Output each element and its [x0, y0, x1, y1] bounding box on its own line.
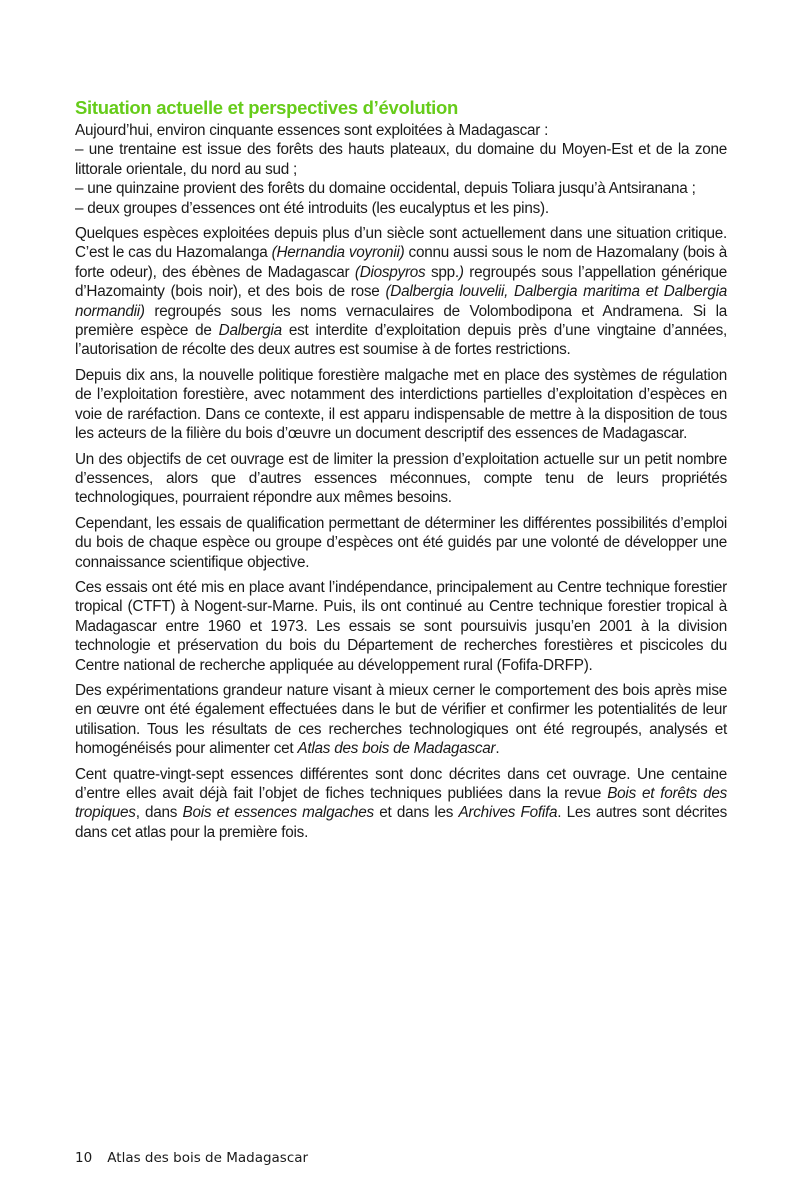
paragraph-policy: Depuis dix ans, la nouvelle politique fo…	[75, 366, 727, 444]
section-heading: Situation actuelle et perspectives d’évo…	[75, 96, 727, 119]
species-name: (Hernandia voyronii)	[272, 244, 405, 261]
intro-list-item: – deux groupes d’essences ont été introd…	[75, 199, 727, 218]
intro-list-item: – une quinzaine provient des forêts du d…	[75, 179, 727, 198]
page-body: Situation actuelle et perspectives d’évo…	[75, 96, 727, 848]
publication-title: Archives Fofifa	[458, 804, 557, 821]
paragraph-qualification: Cependant, les essais de qualification p…	[75, 514, 727, 572]
text: et dans les	[374, 804, 459, 821]
paragraph-critical-species: Quelques espèces exploitées depuis plus …	[75, 224, 727, 360]
text: , dans	[136, 804, 183, 821]
running-title: Atlas des bois de Madagascar	[107, 1150, 308, 1166]
publication-title: Bois et essences malgaches	[183, 804, 374, 821]
text: .	[495, 740, 499, 757]
text: spp.	[425, 264, 458, 281]
species-name: (Diospyros	[355, 264, 426, 281]
species-name: Dalbergia	[219, 322, 282, 339]
paragraph-species-count: Cent quatre-vingt-sept essences différen…	[75, 765, 727, 843]
book-title: Atlas des bois de Madagascar	[297, 740, 495, 757]
page-number: 10	[75, 1150, 103, 1166]
paragraph-objectives: Un des objectifs de cet ouvrage est de l…	[75, 450, 727, 508]
intro-line: Aujourd’hui, environ cinquante essences …	[75, 121, 727, 140]
paragraph-experiments: Des expérimentations grandeur nature vis…	[75, 681, 727, 759]
paragraph-history: Ces essais ont été mis en place avant l’…	[75, 578, 727, 675]
intro-list-item: – une trentaine est issue des forêts des…	[75, 140, 727, 179]
page-footer: 10 Atlas des bois de Madagascar	[75, 1150, 308, 1166]
